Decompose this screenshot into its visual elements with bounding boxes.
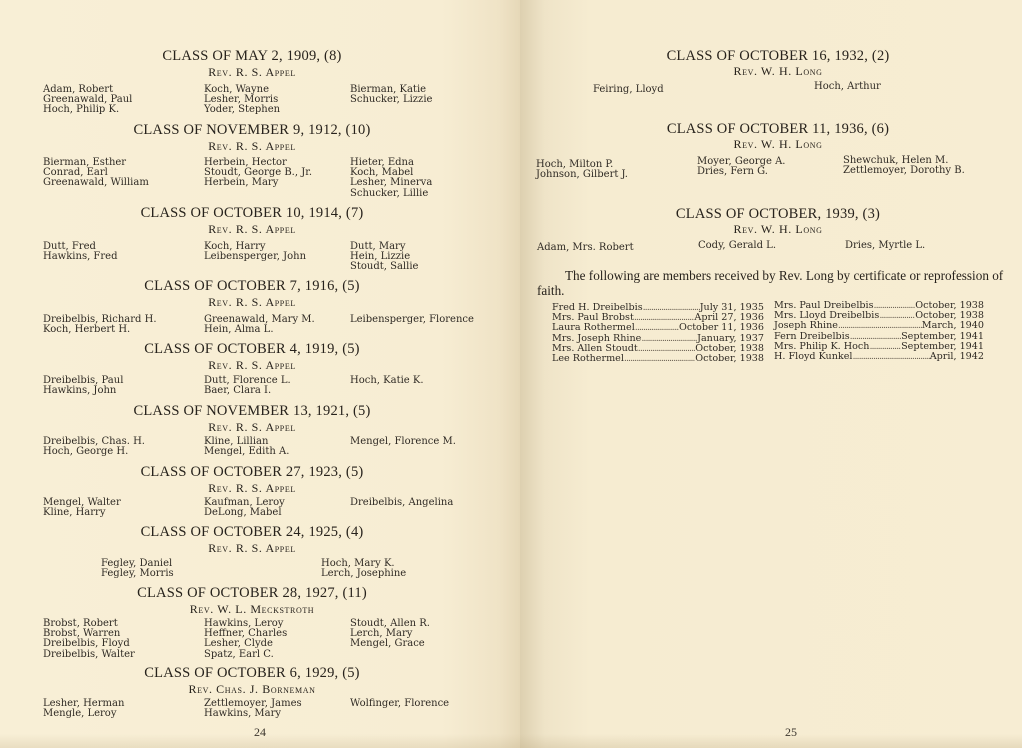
name-column: Adam, Robert Greenawald, Paul Hoch, Phil… bbox=[43, 85, 132, 116]
name-column: Adam, Mrs. Robert bbox=[537, 243, 634, 253]
member-name: Hoch, Katie K. bbox=[350, 376, 424, 386]
class-pastor: Rev. R. S. Appel bbox=[0, 358, 512, 373]
right-page: CLASS OF OCTOBER 16, 1932, (2) Rev. W. H… bbox=[520, 0, 1022, 748]
member-name: Hawkins, Fred bbox=[43, 252, 117, 262]
class-pastor: Rev. W. L. Meckstroth bbox=[0, 602, 512, 617]
class-title: CLASS OF MAY 2, 1909, (8) bbox=[0, 48, 512, 65]
name-column: Dutt, Mary Hein, Lizzie Stoudt, Sallie bbox=[350, 242, 418, 273]
name-column: Dutt, Fred Hawkins, Fred bbox=[43, 242, 117, 262]
class-pastor: Rev. Chas. J. Borneman bbox=[0, 682, 512, 697]
member-name: Feiring, Lloyd bbox=[593, 85, 664, 95]
name-column: Moyer, George A. Dries, Fern G. bbox=[697, 157, 785, 177]
member-name: Spatz, Earl C. bbox=[204, 650, 287, 660]
name-column: Bierman, Esther Conrad, Earl Greenawald,… bbox=[43, 158, 149, 189]
certificate-list-right: Mrs. Paul DreibelbisOctober, 1938 Mrs. L… bbox=[774, 301, 984, 362]
member-name: Dries, Fern G. bbox=[697, 167, 785, 177]
name-column: Shewchuk, Helen M. Zettlemoyer, Dorothy … bbox=[843, 156, 965, 176]
member-name: Mengel, Edith A. bbox=[204, 447, 289, 457]
page-number: 25 bbox=[785, 725, 797, 740]
certificate-row: H. Floyd KunkelApril, 1942 bbox=[774, 352, 984, 362]
name-column: Greenawald, Mary M. Hein, Alma L. bbox=[204, 315, 315, 335]
member-name: Mengel, Grace bbox=[350, 639, 430, 649]
member-name: Dries, Myrtle L. bbox=[845, 241, 925, 251]
name-column: Wolfinger, Florence bbox=[350, 699, 449, 709]
class-pastor: Rev. W. H. Long bbox=[527, 137, 1022, 152]
class-pastor: Rev. R. S. Appel bbox=[0, 65, 512, 80]
name-column: Dreibelbis, Richard H. Koch, Herbert H. bbox=[43, 315, 157, 335]
name-column: Feiring, Lloyd bbox=[593, 85, 664, 95]
class-pastor: Rev. R. S. Appel bbox=[0, 222, 512, 237]
member-name: Greenawald, William bbox=[43, 178, 149, 188]
name-column: Dreibelbis, Chas. H. Hoch, George H. bbox=[43, 437, 145, 457]
class-title: CLASS OF OCTOBER 7, 1916, (5) bbox=[0, 278, 512, 295]
name-column: Lesher, Herman Mengle, Leroy bbox=[43, 699, 124, 719]
name-column: Koch, Wayne Lesher, Morris Yoder, Stephe… bbox=[204, 85, 280, 116]
member-name: DeLong, Mabel bbox=[204, 508, 285, 518]
page-number: 24 bbox=[254, 725, 266, 740]
name-column: Dutt, Florence L. Baer, Clara I. bbox=[204, 376, 291, 396]
member-name: Hoch, George H. bbox=[43, 447, 145, 457]
certificate-row: Lee RothermelOctober, 1938 bbox=[552, 354, 764, 364]
name-column: Stoudt, Allen R. Lerch, Mary Mengel, Gra… bbox=[350, 619, 430, 650]
name-column: Mengel, Florence M. bbox=[350, 437, 456, 447]
member-name: Herbein, Mary bbox=[204, 178, 312, 188]
class-title: CLASS OF OCTOBER 4, 1919, (5) bbox=[0, 341, 512, 358]
member-name: Zettlemoyer, Dorothy B. bbox=[843, 166, 965, 176]
member-name: Stoudt, Sallie bbox=[350, 262, 418, 272]
member-name: Dreibelbis, Angelina bbox=[350, 498, 453, 508]
name-column: Brobst, Robert Brobst, Warren Dreibelbis… bbox=[43, 619, 135, 660]
name-column: Bierman, Katie Schucker, Lizzie bbox=[350, 85, 432, 105]
member-name: Lee Rothermel bbox=[552, 354, 624, 364]
book-spread: CLASS OF MAY 2, 1909, (8) Rev. R. S. App… bbox=[0, 0, 1022, 748]
member-name: Kline, Harry bbox=[43, 508, 121, 518]
name-column: Kline, Lillian Mengel, Edith A. bbox=[204, 437, 289, 457]
member-name: Adam, Mrs. Robert bbox=[537, 243, 634, 253]
class-pastor: Rev. W. H. Long bbox=[527, 222, 1022, 237]
class-pastor: Rev. R. S. Appel bbox=[0, 295, 512, 310]
member-name: Leibensperger, Florence bbox=[350, 315, 474, 325]
class-pastor: Rev. R. S. Appel bbox=[0, 481, 512, 496]
member-name: Wolfinger, Florence bbox=[350, 699, 449, 709]
certificate-intro: The following are members received by Re… bbox=[537, 268, 1007, 298]
class-title: CLASS OF OCTOBER 28, 1927, (11) bbox=[0, 585, 512, 602]
class-title: CLASS OF OCTOBER 16, 1932, (2) bbox=[527, 48, 1022, 65]
member-name: Lerch, Josephine bbox=[321, 569, 406, 579]
name-column: Kaufman, Leroy DeLong, Mabel bbox=[204, 498, 285, 518]
certificate-list-left: Fred H. DreibelbisJuly 31, 1935 Mrs. Pau… bbox=[552, 303, 764, 364]
class-title: CLASS OF NOVEMBER 13, 1921, (5) bbox=[0, 403, 512, 420]
class-title: CLASS OF NOVEMBER 9, 1912, (10) bbox=[0, 122, 512, 139]
name-column: Dreibelbis, Paul Hawkins, John bbox=[43, 376, 123, 396]
class-pastor: Rev. R. S. Appel bbox=[0, 139, 512, 154]
member-name: Baer, Clara I. bbox=[204, 386, 291, 396]
class-pastor: Rev. R. S. Appel bbox=[0, 541, 512, 556]
member-name: Dreibelbis, Walter bbox=[43, 650, 135, 660]
name-column: Hoch, Arthur bbox=[814, 82, 881, 92]
name-column: Dries, Myrtle L. bbox=[845, 241, 925, 251]
class-pastor: Rev. W. H. Long bbox=[527, 64, 1022, 79]
class-title: CLASS OF OCTOBER 27, 1923, (5) bbox=[0, 464, 512, 481]
member-name: Leibensperger, John bbox=[204, 252, 306, 262]
member-name: Yoder, Stephen bbox=[204, 105, 280, 115]
name-column: Cody, Gerald L. bbox=[698, 241, 776, 251]
name-column: Herbein, Hector Stoudt, George B., Jr. H… bbox=[204, 158, 312, 189]
member-name: Hoch, Philip K. bbox=[43, 105, 132, 115]
member-name: Cody, Gerald L. bbox=[698, 241, 776, 251]
class-title: CLASS OF OCTOBER 11, 1936, (6) bbox=[527, 121, 1022, 138]
name-column: Fegley, Daniel Fegley, Morris bbox=[101, 559, 174, 579]
received-date: October, 1938 bbox=[695, 354, 764, 364]
member-name: Koch, Herbert H. bbox=[43, 325, 157, 335]
class-title: CLASS OF OCTOBER 24, 1925, (4) bbox=[0, 524, 512, 541]
name-column: Koch, Harry Leibensperger, John bbox=[204, 242, 306, 262]
member-name: Hawkins, John bbox=[43, 386, 123, 396]
member-name: Hawkins, Mary bbox=[204, 709, 302, 719]
member-name: Johnson, Gilbert J. bbox=[536, 170, 628, 180]
member-name: Mengel, Florence M. bbox=[350, 437, 456, 447]
member-name: H. Floyd Kunkel bbox=[774, 352, 852, 362]
member-name: Schucker, Lizzie bbox=[350, 95, 432, 105]
member-name: Mengle, Leroy bbox=[43, 709, 124, 719]
class-title: CLASS OF OCTOBER, 1939, (3) bbox=[527, 206, 1022, 223]
member-name: Fegley, Morris bbox=[101, 569, 174, 579]
name-column: Dreibelbis, Angelina bbox=[350, 498, 453, 508]
member-name: Hoch, Arthur bbox=[814, 82, 881, 92]
class-title: CLASS OF OCTOBER 10, 1914, (7) bbox=[0, 205, 512, 222]
left-page: CLASS OF MAY 2, 1909, (8) Rev. R. S. App… bbox=[0, 0, 520, 748]
received-date: April, 1942 bbox=[930, 352, 984, 362]
name-column: Hoch, Milton P. Johnson, Gilbert J. bbox=[536, 160, 628, 180]
name-column: Hoch, Katie K. bbox=[350, 376, 424, 386]
class-pastor: Rev. R. S. Appel bbox=[0, 420, 512, 435]
name-column: Hieter, Edna Stoudt, George B., Jr. Koch… bbox=[350, 158, 432, 199]
class-title: CLASS OF OCTOBER 6, 1929, (5) bbox=[0, 665, 512, 682]
name-column: Mengel, Walter Kline, Harry bbox=[43, 498, 121, 518]
name-column: Zettlemoyer, James Hawkins, Mary bbox=[204, 699, 302, 719]
name-column: Leibensperger, Florence bbox=[350, 315, 474, 325]
name-column: Hawkins, Leroy Heffner, Charles Lesher, … bbox=[204, 619, 287, 660]
member-name: Schucker, Lillie bbox=[350, 189, 432, 199]
name-column: Hoch, Mary K. Lerch, Josephine bbox=[321, 559, 406, 579]
member-name: Hein, Alma L. bbox=[204, 325, 315, 335]
